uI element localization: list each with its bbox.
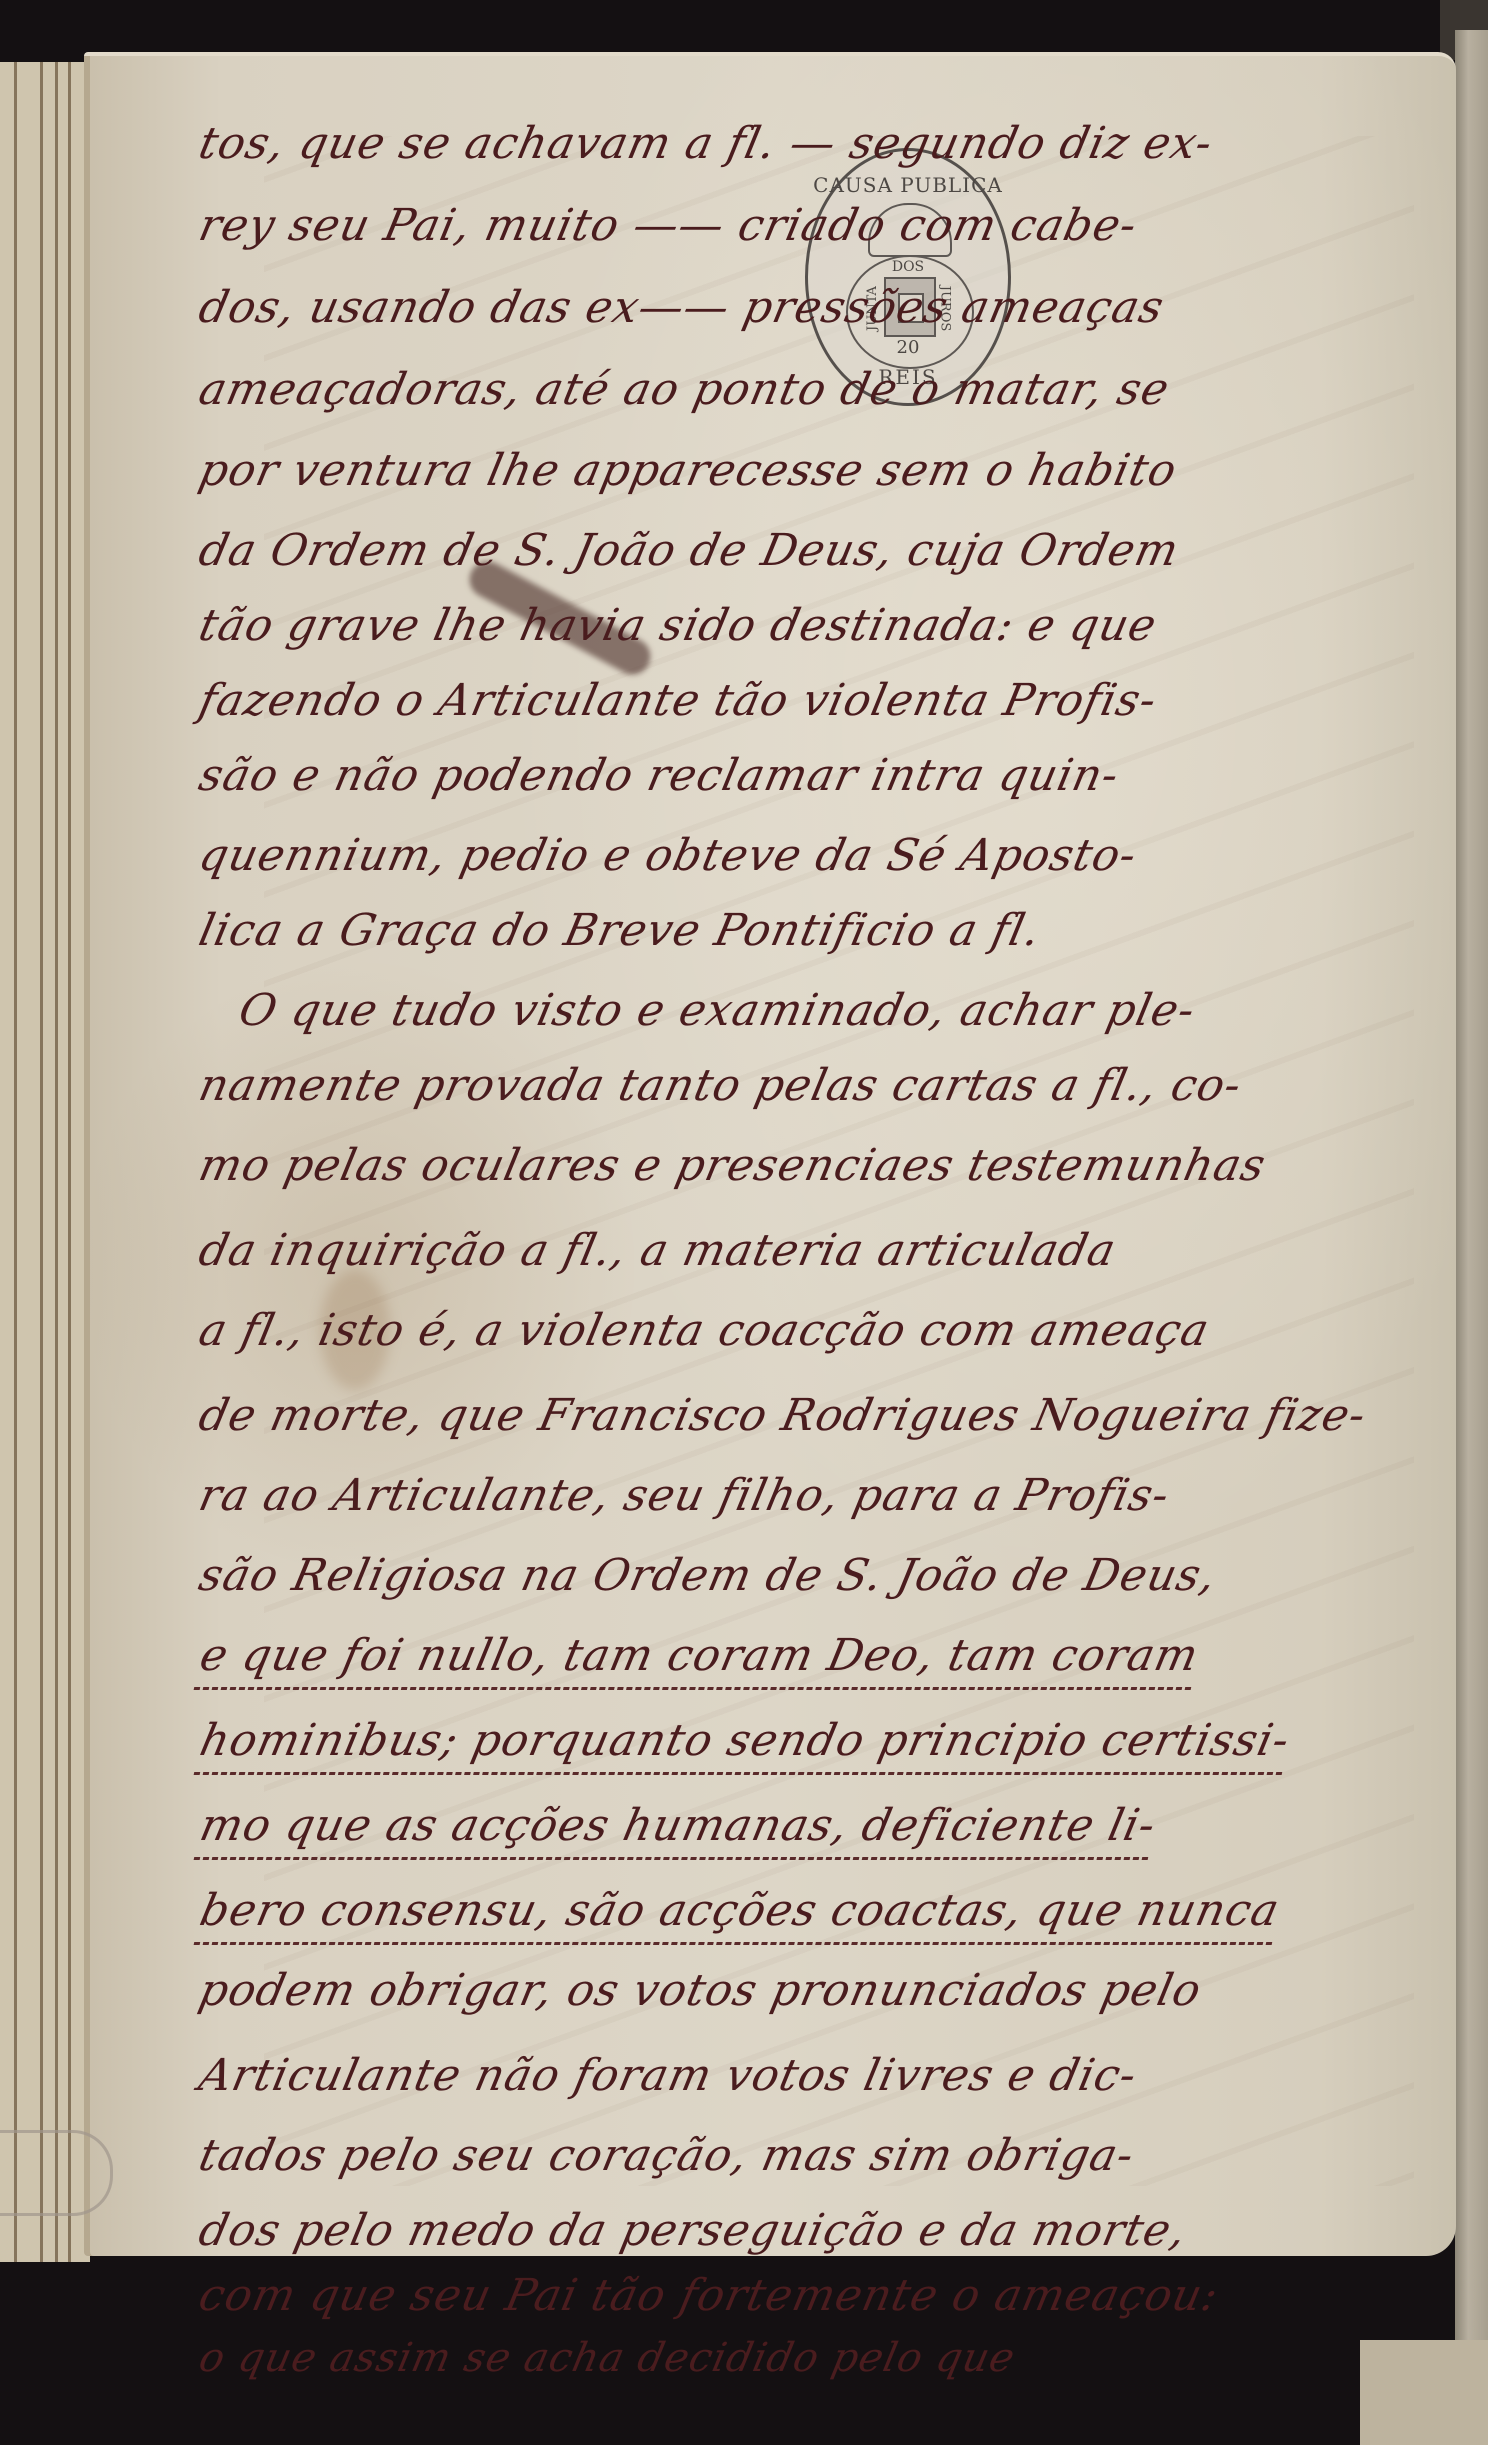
plastic-clip bbox=[0, 2130, 113, 2216]
text-line: namente provada tanto pelas cartas a fl.… bbox=[195, 1060, 1247, 1111]
text-line: com que seu Pai tão fortemente o ameaçou… bbox=[195, 2270, 1224, 2321]
text-line: da inquirição a fl., a materia articulad… bbox=[195, 1225, 1121, 1276]
text-line-underlined: hominibus; porquanto sendo principio cer… bbox=[194, 1715, 1295, 1775]
text-line-underlined: mo que as acções humanas, deficiente li- bbox=[194, 1800, 1161, 1860]
text-line: são Religiosa na Ordem de S. João de Deu… bbox=[195, 1550, 1222, 1601]
text-line: a fl., isto é, a violenta coacção com am… bbox=[195, 1305, 1214, 1356]
page-stack-edges bbox=[0, 62, 90, 2262]
stamp-inner-top: DOS bbox=[808, 259, 1008, 275]
page-edge-line bbox=[68, 62, 71, 2262]
text-line-underlined: e que foi nullo, tam coram Deo, tam cora… bbox=[194, 1630, 1204, 1690]
text-line: mo pelas oculares e presenciaes testemun… bbox=[195, 1140, 1271, 1191]
page-edge-line bbox=[40, 62, 43, 2262]
page-edge-line bbox=[14, 62, 17, 2262]
text-line: por ventura lhe apparecesse sem o habito bbox=[195, 445, 1182, 496]
page-edge-line bbox=[55, 62, 58, 2262]
paragraph-start-line: O que tudo visto e examinado, achar ple- bbox=[235, 985, 1200, 1036]
text-line: da Ordem de S. João de Deus, cuja Ordem bbox=[195, 525, 1184, 576]
text-line: tão grave lhe havia sido destinada: e qu… bbox=[195, 600, 1162, 651]
text-line: fazendo o Articulante tão violenta Profi… bbox=[195, 675, 1162, 726]
text-line: podem obrigar, os votos pronunciados pel… bbox=[195, 1965, 1207, 2016]
adjacent-page-corner bbox=[1360, 2340, 1488, 2445]
text-line: rey seu Pai, muito —— criado com cabe- bbox=[195, 200, 1142, 251]
text-line: ameaçadoras, até ao ponto de o matar, se bbox=[195, 364, 1175, 415]
stamp-value: 20 bbox=[808, 337, 1008, 358]
text-line: tados pelo seu coração, mas sim obriga- bbox=[195, 2130, 1139, 2181]
text-line: de morte, que Francisco Rodrigues Noguei… bbox=[195, 1390, 1371, 1441]
text-line: quennium, pedio e obteve da Sé Aposto- bbox=[195, 830, 1142, 881]
text-line: o que assim se acha decidido pelo que bbox=[195, 2335, 1019, 2381]
text-line: ra ao Articulante, seu filho, para a Pro… bbox=[195, 1470, 1175, 1521]
text-line: lica a Graça do Breve Pontificio a fl. bbox=[195, 905, 1046, 956]
text-line: Articulante não foram votos livres e dic… bbox=[195, 2050, 1142, 2101]
text-line: dos pelo medo da perseguição e da morte, bbox=[195, 2205, 1192, 2256]
stamp-top-text: CAUSA PUBLICA bbox=[808, 173, 1008, 197]
backing-board bbox=[1455, 30, 1488, 2445]
text-line: tos, que se achavam a fl. — segundo diz … bbox=[195, 118, 1218, 169]
text-line-underlined: bero consensu, são acções coactas, que n… bbox=[194, 1885, 1285, 1945]
text-line: são e não podendo reclamar intra quin- bbox=[195, 750, 1124, 801]
text-line: dos, usando das ex—— pressões ameaças bbox=[195, 282, 1169, 333]
